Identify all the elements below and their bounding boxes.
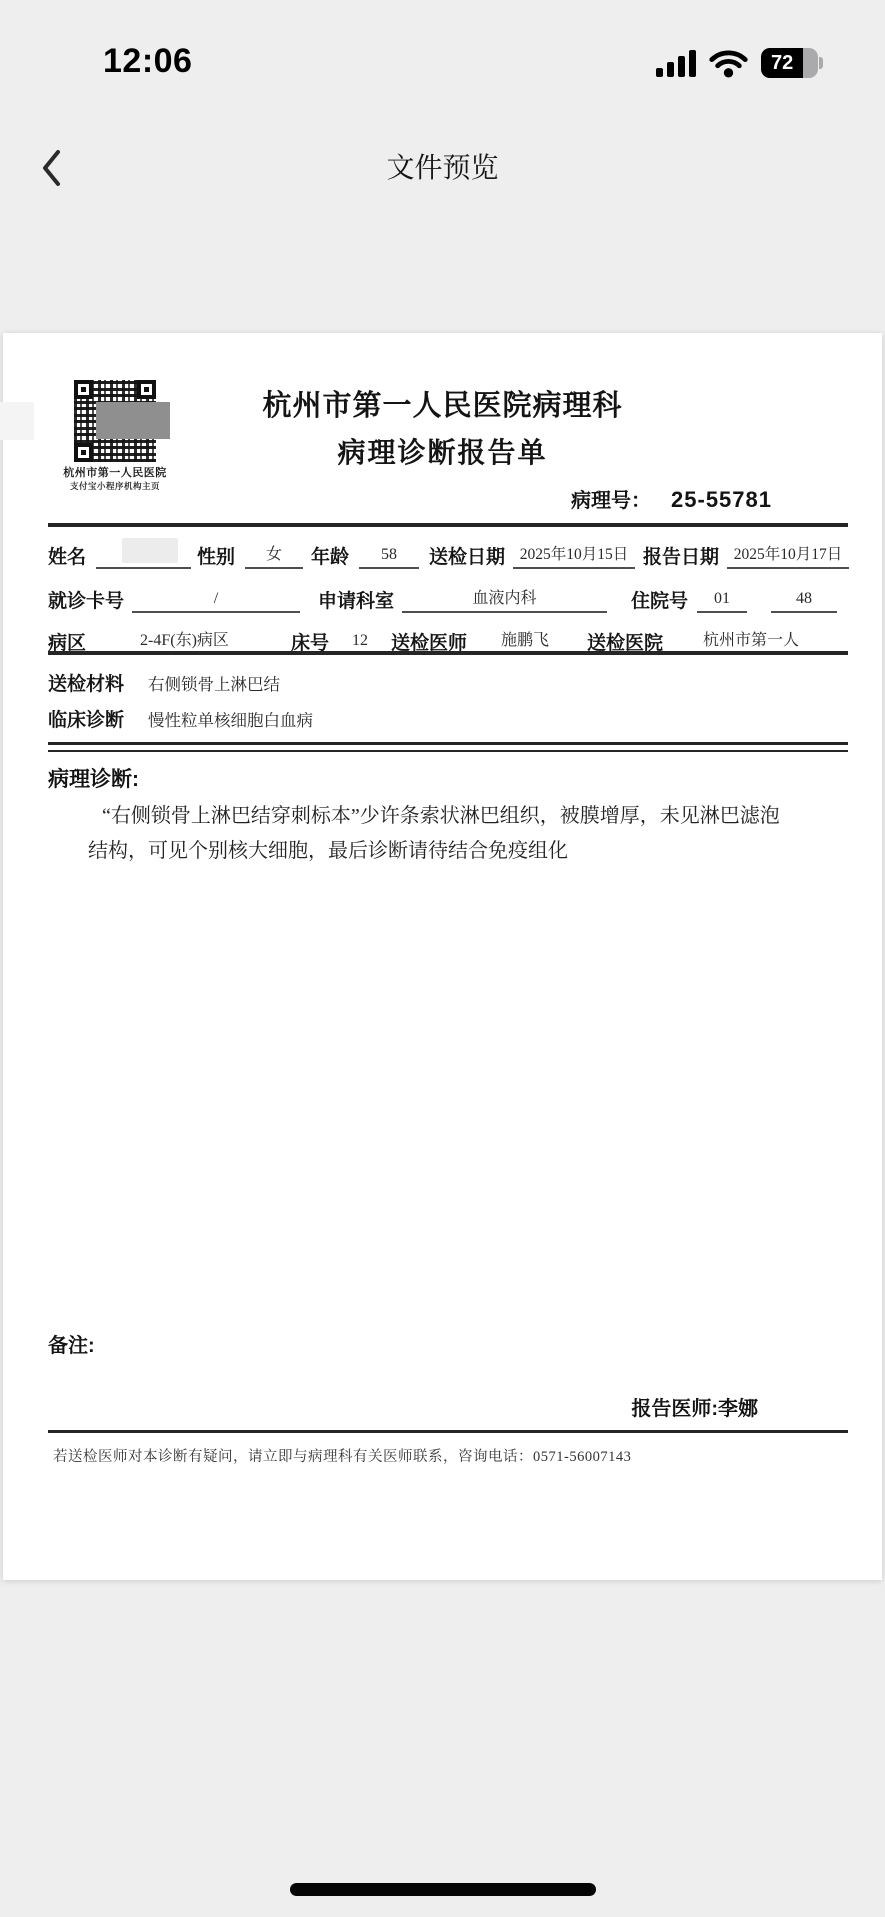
- clinical-diagnosis-row: 临床诊断 慢性粒单核细胞白血病: [48, 705, 313, 732]
- card-no-label: 就诊卡号: [48, 586, 132, 613]
- divider: [48, 523, 848, 527]
- reporting-doctor-name: 李娜: [718, 1398, 758, 1420]
- report-title: 病理诊断报告单: [3, 431, 882, 471]
- pathology-number: 病理号： 25-55781: [571, 484, 772, 513]
- pathology-number-label: 病理号：: [571, 484, 651, 513]
- battery-icon: 72: [761, 48, 823, 78]
- hospital-title: 杭州市第一人民医院病理科: [3, 383, 882, 424]
- name-value: [96, 565, 191, 569]
- clinical-diagnosis-value: 慢性粒单核细胞白血病: [148, 707, 313, 731]
- patient-info-table: 姓名 性别 女 年龄 58 送检日期 2025年10月15日 报告日期 2025…: [48, 530, 848, 660]
- report-date-label: 报告日期: [643, 542, 727, 569]
- admission-no-prefix: 01: [697, 589, 747, 613]
- name-redaction: [122, 538, 178, 563]
- document-preview[interactable]: 杭州市第一人民医院 支付宝小程序机构主页 杭州市第一人民医院病理科 病理诊断报告…: [3, 333, 882, 1580]
- request-dept-value: 血液内科: [402, 589, 607, 613]
- double-divider: [48, 742, 848, 752]
- cellular-signal-icon: [656, 49, 696, 77]
- footer-note: 若送检医师对本诊断有疑问，请立即与病理科有关医师联系，咨询电话：0571-560…: [53, 1445, 842, 1466]
- send-date-label: 送检日期: [429, 542, 513, 569]
- remark-label: 备注:: [48, 1329, 95, 1358]
- wifi-icon: [709, 49, 748, 78]
- pathology-diagnosis-heading: 病理诊断:: [48, 763, 139, 793]
- edge-redaction-patch: [0, 402, 34, 440]
- reporting-doctor-label: 报告医师:: [631, 1398, 718, 1420]
- admission-no-suffix: 48: [771, 589, 837, 613]
- card-no-value: /: [132, 589, 300, 613]
- age-label: 年龄: [311, 542, 359, 569]
- clinical-diagnosis-label: 临床诊断: [48, 705, 124, 732]
- admission-no-label: 住院号: [631, 586, 697, 613]
- divider: [48, 1430, 848, 1433]
- specimen-label: 送检材料: [48, 669, 124, 696]
- nav-bar: 文件预览: [0, 128, 885, 208]
- specimen-value: 右侧锁骨上淋巴结: [148, 671, 280, 695]
- sex-value: 女: [245, 545, 303, 569]
- home-indicator[interactable]: [290, 1883, 596, 1896]
- divider: [48, 651, 848, 655]
- pathology-diagnosis-text: “右侧锁骨上淋巴结穿刺标本”少许条索状淋巴组织，被膜增厚，未见淋巴滤泡结构，可见…: [88, 799, 782, 869]
- specimen-row: 送检材料 右侧锁骨上淋巴结: [48, 669, 280, 696]
- age-value: 58: [359, 545, 419, 569]
- report-date-value: 2025年10月17日: [727, 545, 849, 569]
- page-title: 文件预览: [0, 146, 885, 186]
- status-bar: 12:06 72: [0, 0, 885, 100]
- reporting-doctor: 报告医师:李娜: [631, 1392, 758, 1421]
- sex-label: 性别: [197, 542, 245, 569]
- request-dept-label: 申请科室: [318, 586, 402, 613]
- battery-cap: [819, 57, 823, 69]
- send-date-value: 2025年10月15日: [513, 545, 635, 569]
- phone-screen: 12:06 72 文件预览: [0, 0, 885, 1917]
- info-row-2: 就诊卡号 / 申请科室 血液内科 住院号 01 48: [48, 574, 848, 618]
- battery-percent: 72: [761, 48, 803, 78]
- status-icons: 72: [656, 48, 823, 78]
- clock: 12:06: [103, 42, 192, 81]
- pathology-number-value: 25-55781: [671, 487, 772, 513]
- info-row-1: 姓名 性别 女 年龄 58 送检日期 2025年10月15日 报告日期 2025…: [48, 530, 848, 574]
- name-label: 姓名: [48, 542, 96, 569]
- qr-subcaption: 支付宝小程序机构主页: [17, 480, 213, 492]
